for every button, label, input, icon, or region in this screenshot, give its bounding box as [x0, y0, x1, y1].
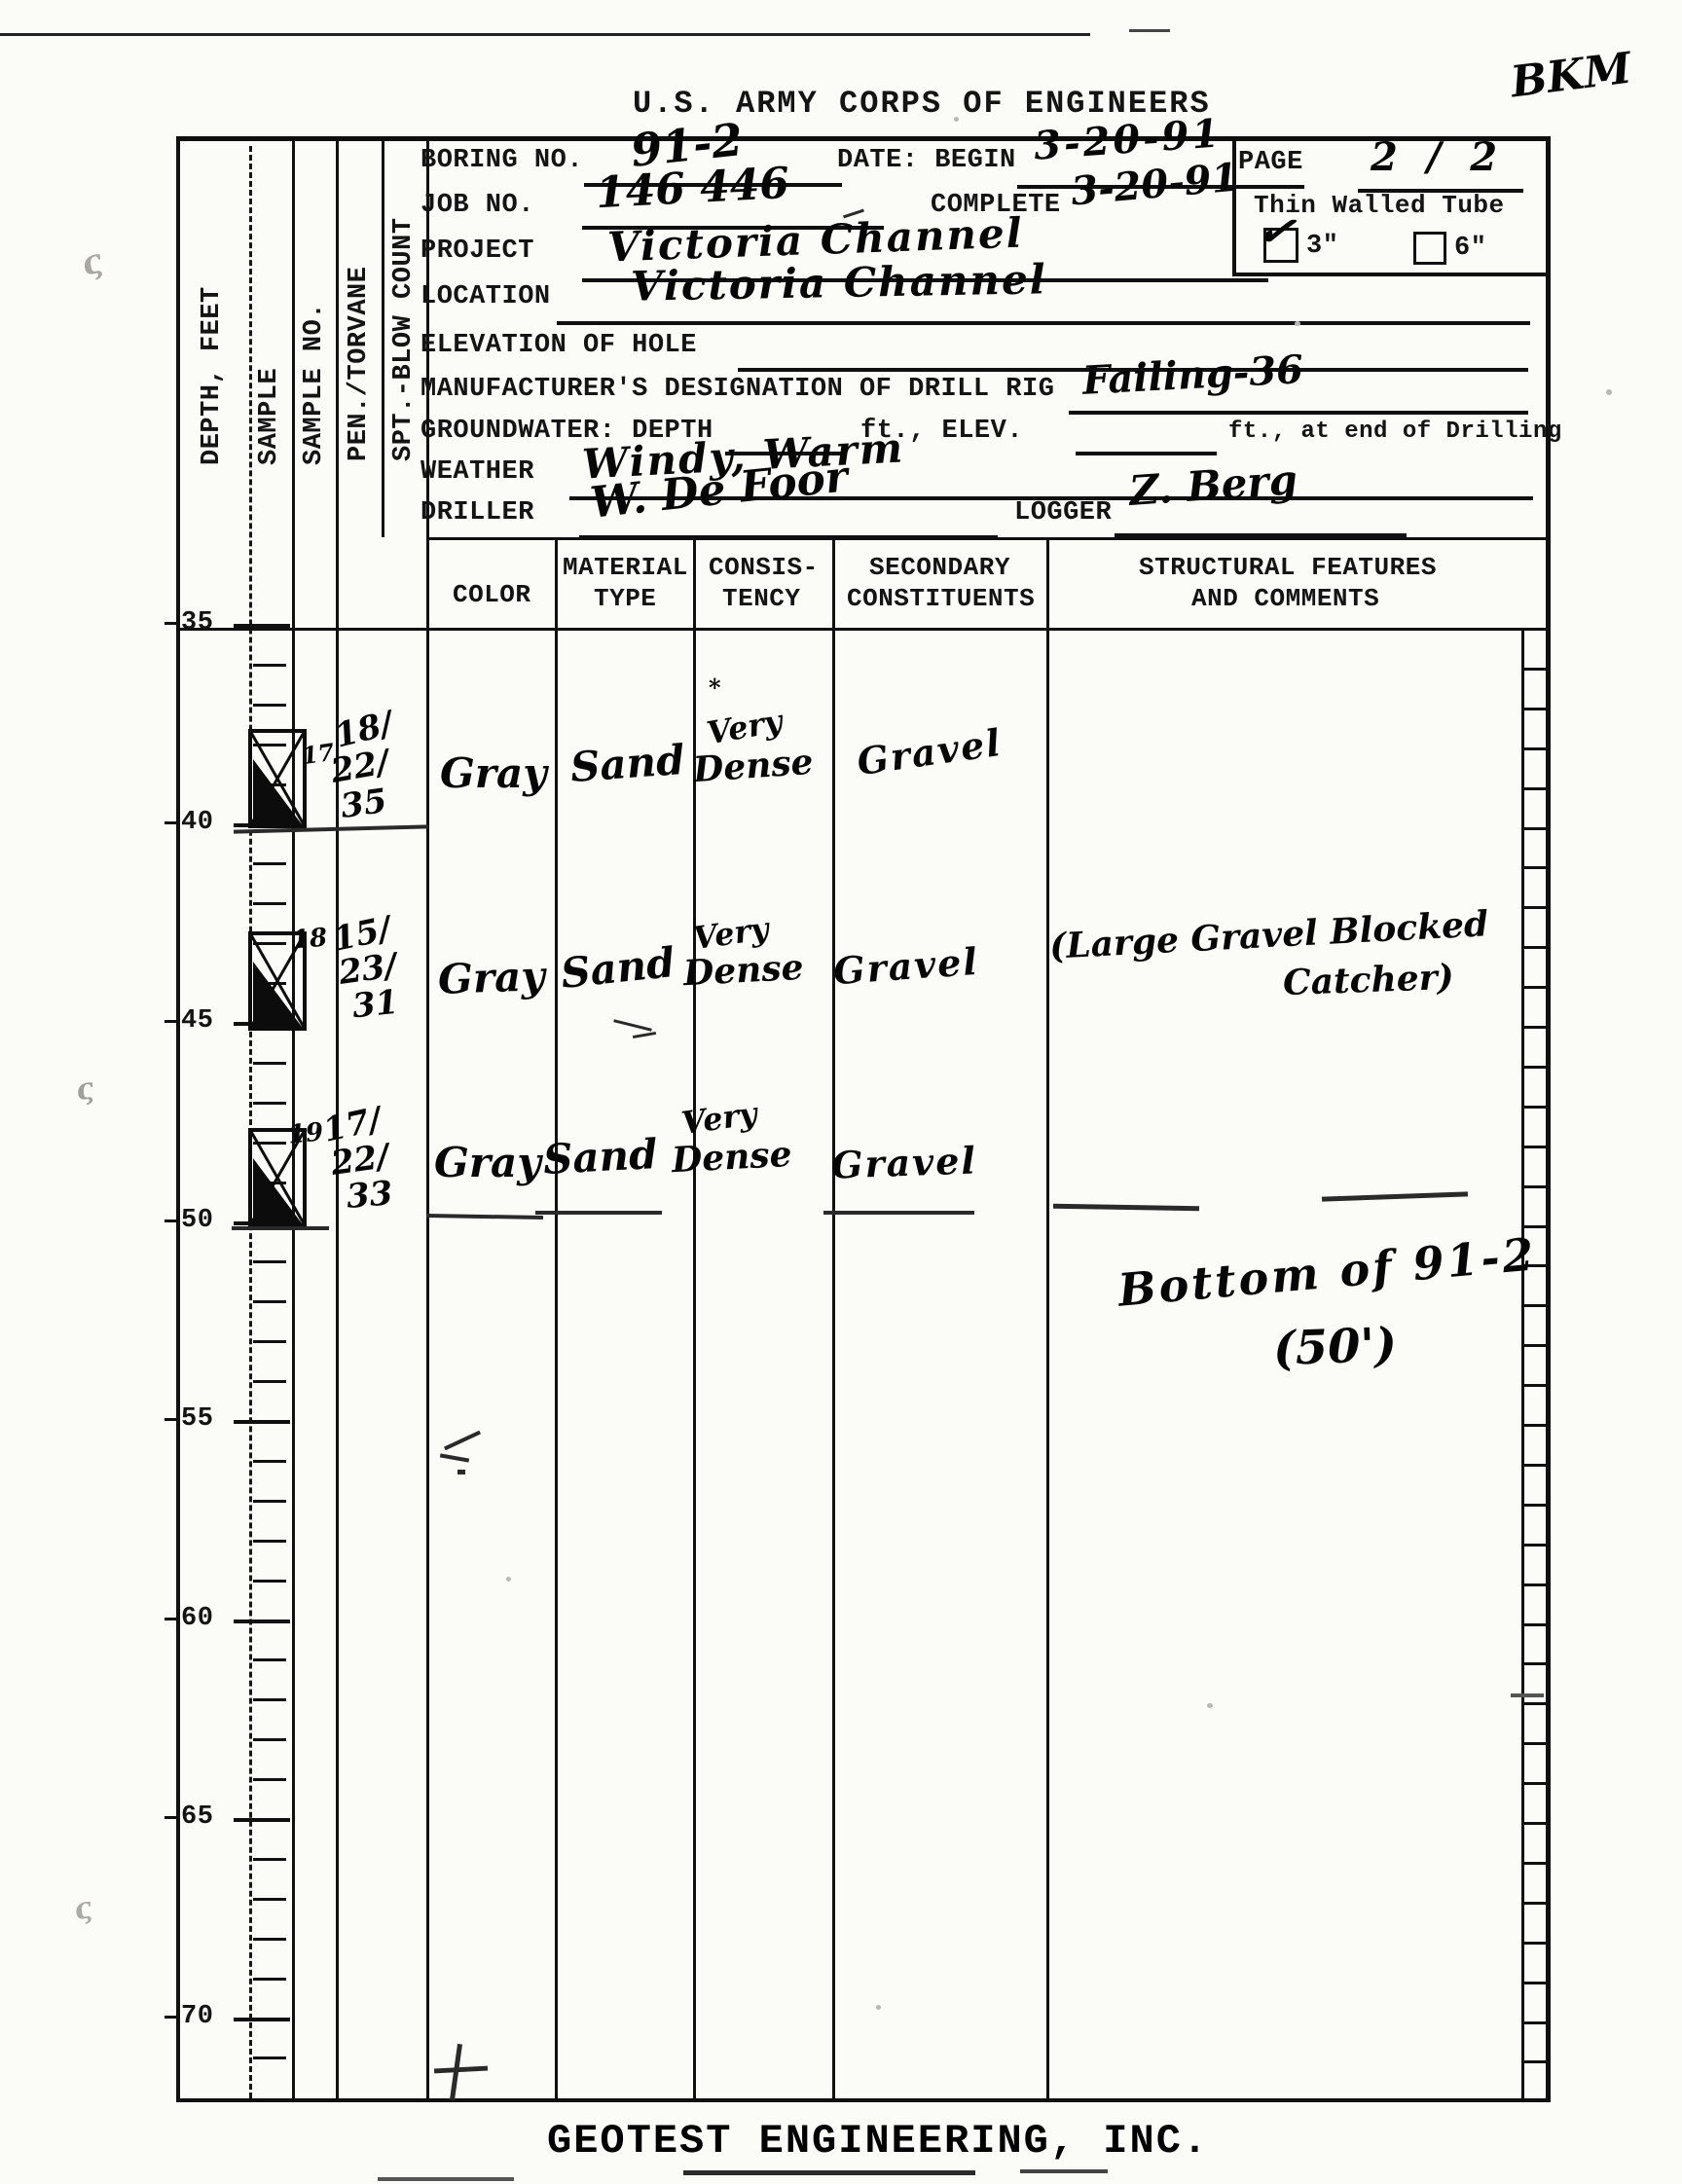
depth-label: 40	[181, 808, 213, 837]
depth-minor-tick	[253, 1260, 286, 1263]
right-ruler-tick	[1524, 1106, 1546, 1109]
depth-minor-tick	[253, 1102, 286, 1105]
sample3-material: Sand	[542, 1130, 659, 1183]
right-ruler-tick	[1524, 1702, 1546, 1705]
depth-label: 70	[181, 2002, 213, 2031]
right-ruler-tick	[1524, 787, 1546, 790]
depth-minor-tick	[253, 1898, 286, 1901]
depth-minor-tick	[253, 1658, 286, 1661]
sample-symbol-icon	[247, 728, 308, 829]
right-ruler-tick	[1524, 1623, 1546, 1626]
depth-label-dash	[165, 1418, 177, 1421]
depth-label-dash	[165, 622, 177, 625]
depth-minor-tick	[253, 1300, 286, 1303]
scan-speck	[1207, 1703, 1213, 1708]
depth-label: 50	[181, 1206, 213, 1235]
sample3-baseline-stroke	[232, 1226, 329, 1230]
right-ruler-tick	[1524, 1982, 1546, 1984]
depth-minor-tick	[253, 1540, 286, 1543]
scan-speck	[1295, 321, 1300, 326]
right-ruler-tick	[1524, 1662, 1546, 1665]
sample3-material-underline	[535, 1211, 662, 1215]
depth-major-tick	[234, 1420, 290, 1424]
right-ruler-tick	[1524, 986, 1546, 989]
boring-log-page: BKM U.S. ARMY CORPS OF ENGINEERS GEOTEST…	[0, 0, 1682, 2184]
sample3-secondary-underline	[823, 1211, 974, 1215]
right-ruler-tick	[1524, 1026, 1546, 1029]
depth-minor-tick	[253, 1738, 286, 1741]
depth-minor-tick	[253, 1380, 286, 1383]
scan-speck	[506, 1577, 511, 1582]
right-ruler-tick	[1524, 1742, 1546, 1745]
right-ruler-tick	[1524, 1902, 1546, 1905]
sample3-number: 19	[287, 1117, 325, 1149]
right-ruler-tick	[1524, 1942, 1546, 1945]
depth-minor-tick	[253, 1978, 286, 1981]
sample1-blow-3: 35	[338, 782, 388, 826]
depth-major-tick	[234, 624, 290, 628]
right-ruler-tick	[1524, 1185, 1546, 1188]
right-ruler-tick	[1524, 1424, 1546, 1427]
depth-minor-tick	[253, 1500, 286, 1503]
depth-label-dash	[165, 1618, 177, 1620]
right-ruler-tick	[1524, 1066, 1546, 1069]
scan-speck	[1606, 389, 1612, 395]
depth-minor-tick	[253, 664, 286, 667]
depth-minor-tick	[253, 1778, 286, 1781]
sample3-color: Gray	[434, 1139, 541, 1186]
depth-label-dash	[165, 1816, 177, 1819]
depth-minor-tick	[253, 1858, 286, 1861]
right-ruler-tick	[1524, 946, 1546, 949]
sample1-consistency-l2: Dense	[692, 742, 815, 791]
depth-minor-tick	[253, 1062, 286, 1065]
scan-artifact-dash	[1511, 1693, 1544, 1697]
right-ruler-tick	[1524, 1862, 1546, 1865]
right-ruler-tick	[1524, 1504, 1546, 1507]
sample3-secondary: Gravel	[830, 1138, 977, 1186]
right-ruler-tick	[1524, 1822, 1546, 1825]
depth-minor-tick	[253, 1580, 286, 1583]
right-ruler-tick	[1524, 2060, 1546, 2063]
depth-minor-tick	[253, 862, 286, 865]
depth-minor-tick	[253, 1938, 286, 1941]
right-ruler-tick	[1524, 1384, 1546, 1387]
depth-label: 35	[181, 608, 213, 637]
depth-major-tick	[234, 1818, 290, 1822]
depth-ruler: 3540455055606570	[0, 0, 1682, 2184]
stray-dot	[457, 1470, 465, 1474]
depth-label-dash	[165, 1219, 177, 1222]
depth-major-tick	[234, 2018, 290, 2021]
right-ruler-tick	[1524, 1544, 1546, 1547]
right-ruler-tick	[1524, 827, 1546, 830]
depth-minor-tick	[253, 1698, 286, 1701]
right-ruler-tick	[1524, 628, 1546, 631]
depth-minor-tick	[253, 2057, 286, 2059]
depth-label: 45	[181, 1006, 213, 1036]
depth-minor-tick	[253, 1340, 286, 1343]
right-ruler-tick	[1524, 708, 1546, 710]
depth-label-dash	[165, 2016, 177, 2019]
scan-speck	[876, 2005, 881, 2010]
sample1-color: Gray	[440, 749, 547, 797]
depth-label: 60	[181, 1604, 213, 1633]
right-ruler-tick	[1524, 1344, 1546, 1347]
depth-label: 55	[181, 1404, 213, 1434]
right-ruler-tick	[1524, 2021, 1546, 2024]
sample1-material: Sand	[568, 736, 686, 791]
right-ruler-tick	[1524, 1146, 1546, 1148]
right-ruler-tick	[1524, 747, 1546, 750]
scan-speck	[954, 117, 959, 122]
sample2-color: Gray	[437, 952, 545, 1003]
sample3-blow-3: 33	[345, 1174, 394, 1217]
depth-major-tick	[234, 1620, 290, 1623]
sample2-blow-3: 31	[350, 983, 400, 1027]
depth-label-dash	[165, 1020, 177, 1023]
right-ruler-tick	[1524, 1782, 1546, 1785]
depth-minor-tick	[253, 902, 286, 905]
sample2-number: 18	[291, 923, 329, 955]
sample3-consistency-l2: Dense	[671, 1134, 792, 1181]
right-ruler-tick	[1524, 1464, 1546, 1467]
depth-minor-tick	[253, 1460, 286, 1463]
sample2-consistency-l2: Dense	[682, 947, 804, 994]
right-ruler-tick	[1524, 906, 1546, 909]
sample2-comment-l2: Catcher)	[1282, 957, 1454, 1003]
depth-label: 65	[181, 1802, 213, 1832]
sample1-stray-mark: *	[709, 673, 721, 702]
right-ruler-tick	[1524, 668, 1546, 671]
depth-label-dash	[165, 821, 177, 824]
bottom-of-hole-note-l2: (50')	[1272, 1318, 1398, 1376]
depth-minor-tick	[253, 704, 286, 707]
right-ruler-tick	[1524, 866, 1546, 869]
right-ruler-tick	[1524, 1304, 1546, 1307]
right-ruler-tick	[1524, 1583, 1546, 1586]
sample1-interval-symbol	[247, 728, 308, 834]
